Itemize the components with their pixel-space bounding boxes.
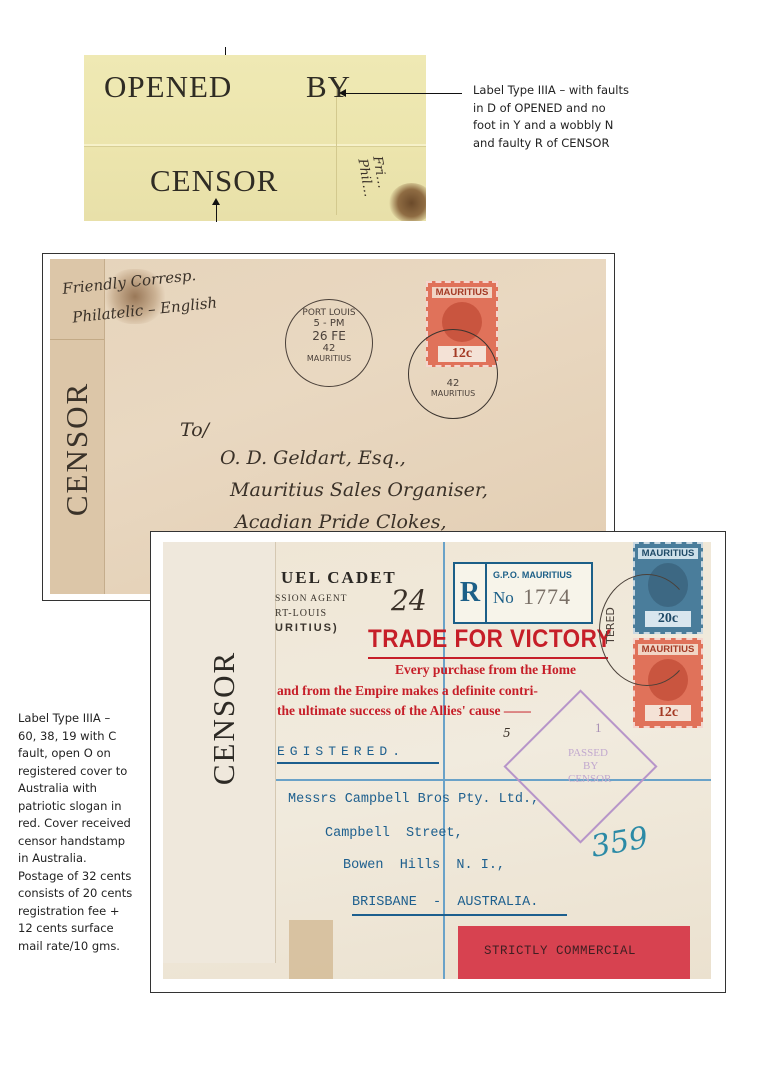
slogan-underline — [368, 657, 608, 659]
censor-stamp-line3: CENSOR — [568, 773, 611, 785]
cover1-postmark: PORT LOUIS 5 - PM 26 FE 42 MAURITIUS — [285, 299, 373, 387]
arrow-head-up — [212, 198, 220, 205]
note-line: foot in Y and a wobbly N — [473, 117, 673, 135]
label-word-censor: CENSOR — [150, 163, 278, 199]
reg-number: 1774 — [523, 584, 571, 610]
note-line: Label Type IIIA – — [18, 710, 153, 728]
arrow-censor-n — [216, 204, 217, 222]
note-line: 60, 38, 19 with C — [18, 728, 153, 746]
pm-line1: PORT LOUIS — [286, 308, 372, 318]
label-word-by: BY — [306, 69, 351, 105]
registered-underline — [277, 762, 439, 764]
small-mark: 5 — [503, 726, 511, 740]
slogan-line1: Every purchase from the Home — [395, 662, 576, 678]
note-line: Label Type IIIA – with faults — [473, 82, 673, 100]
cover2-tape-remnant — [289, 920, 333, 979]
slogan-title: TRADE FOR VICTORY — [368, 625, 612, 654]
pm-country: MAURITIUS — [286, 354, 372, 363]
arrow-by-y — [345, 93, 462, 94]
address-line2: Campbell Street, — [325, 826, 463, 841]
stamp-value: 12c — [645, 705, 691, 721]
censor-label-closeup: OPENED BY CENSOR Fri… Phil… — [84, 55, 426, 221]
note-line: censor handstamp — [18, 833, 153, 851]
slogan-line2: and from the Empire makes a definite con… — [277, 683, 538, 699]
note-line: 12 cents surface — [18, 920, 153, 938]
note-line: patriotic slogan in — [18, 798, 153, 816]
pm-year: 42 — [286, 343, 372, 354]
cancel-country: MAURITIUS — [409, 389, 497, 398]
cover2-envelope: CENSOR UEL CADET SSION AGENT RT-LOUIS UR… — [163, 542, 711, 979]
cover2-censor-text: CENSOR — [206, 643, 242, 793]
cover1-address-line3: Acadian Pride Clokes, — [235, 511, 447, 533]
note-line: Postage of 32 cents — [18, 868, 153, 886]
reg-office: G.P.O. MAURITIUS — [493, 570, 572, 580]
cover-description: Label Type IIIA – 60, 38, 19 with C faul… — [18, 710, 153, 955]
cover1-censor-text: CENSOR — [59, 374, 95, 524]
reg-blue-line-horizontal — [275, 779, 711, 781]
handwritten-24: 24 — [391, 584, 427, 617]
strictly-commercial-text: STRICTLY COMMERCIAL — [484, 944, 636, 958]
note-line: in D of OPENED and no — [473, 100, 673, 118]
reg-no-label: No — [493, 588, 514, 608]
address-line3: Bowen Hills N. I., — [343, 858, 505, 873]
sender-line2: SSION AGENT — [275, 594, 348, 604]
sender-line3: RT-LOUIS — [275, 608, 327, 619]
note-line: mail rate/10 gms. — [18, 938, 153, 956]
stamp-country: MAURITIUS — [638, 548, 698, 559]
stamp-country: MAURITIUS — [432, 287, 492, 298]
address-line1: Messrs Campbell Bros Pty. Ltd., — [288, 792, 539, 807]
address-line4: BRISBANE - AUSTRALIA. — [352, 895, 538, 910]
cancel-year: 42 — [409, 378, 497, 389]
handwritten-359: 359 — [588, 820, 650, 864]
label-word-opened: OPENED — [104, 69, 232, 105]
pm-date: 26 FE — [286, 329, 372, 343]
pm-line2: 5 - PM — [286, 318, 372, 329]
strictly-commercial-label: STRICTLY COMMERCIAL — [458, 926, 690, 979]
note-line: registration fee + — [18, 903, 153, 921]
address-underline — [352, 914, 567, 916]
sender-name: UEL CADET — [281, 568, 397, 588]
cover1-stamp-cancel: 42 MAURITIUS — [408, 329, 498, 419]
note-line: and faulty R of CENSOR — [473, 135, 673, 153]
sender-line4: URITIUS) — [275, 622, 339, 634]
censor-stamp-line1: PASSED — [568, 747, 608, 759]
reg-letter-r: R — [455, 564, 487, 622]
note-line: consists of 20 cents — [18, 885, 153, 903]
reg-cancel-text: TERED — [604, 607, 617, 644]
cover1-address-line2: Mauritius Sales Organiser, — [230, 479, 488, 501]
cover1-address-to: To/ — [180, 419, 209, 441]
cover1-tape-edge — [50, 339, 104, 340]
registration-label: R G.P.O. MAURITIUS No 1774 — [453, 562, 593, 624]
registered-cancel: TERED — [599, 574, 695, 686]
arrow-head-left — [339, 89, 346, 97]
note-line: in Australia. — [18, 850, 153, 868]
note-line: Australia with — [18, 780, 153, 798]
censor-stamp-number: 1 — [595, 720, 602, 736]
label-description: Label Type IIIA – with faults in D of OP… — [473, 82, 673, 152]
note-line: registered cover to — [18, 763, 153, 781]
cover1-address-line1: O. D. Geldart, Esq., — [220, 447, 406, 469]
censor-stamp-line2: BY — [583, 760, 598, 772]
note-line: red. Cover received — [18, 815, 153, 833]
registered-typed: EGISTERED. — [277, 744, 405, 759]
slogan-line3: the ultimate success of the Allies' caus… — [277, 703, 531, 719]
note-line: fault, open O on — [18, 745, 153, 763]
